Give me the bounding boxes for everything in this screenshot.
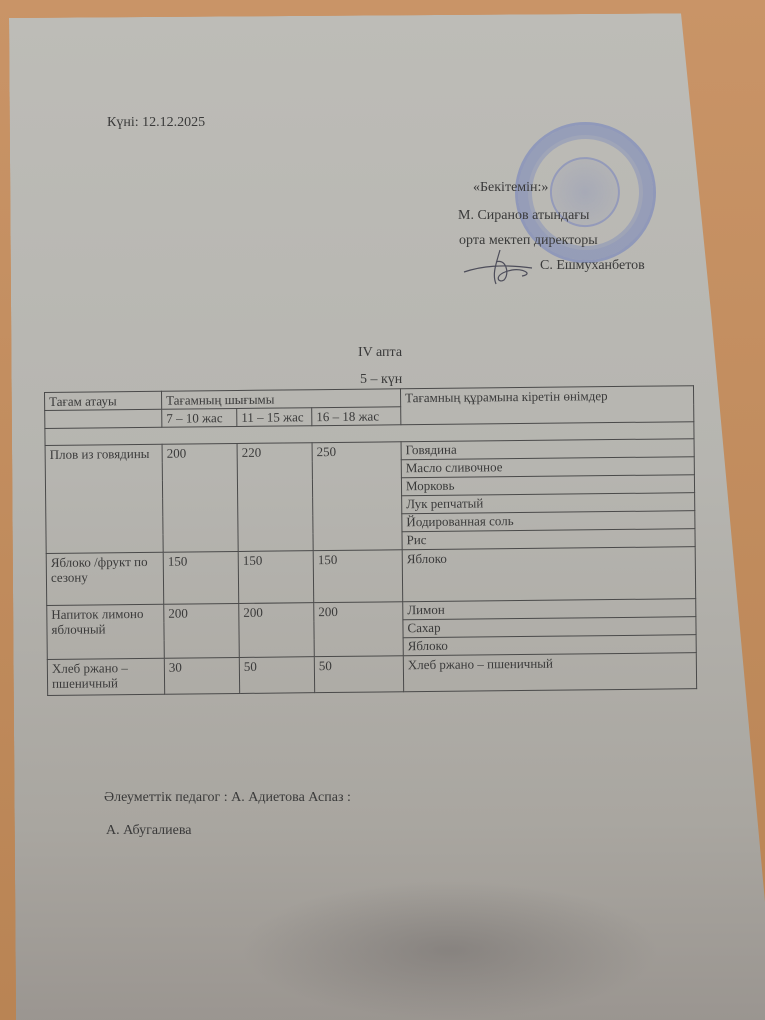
shadow — [240, 880, 660, 1020]
portion-16-18: 250 — [312, 442, 402, 551]
portion-7-10: 30 — [164, 657, 239, 694]
portion-16-18: 50 — [314, 656, 403, 693]
portion-7-10: 200 — [164, 603, 240, 658]
ingredient: Яблоко — [402, 547, 696, 602]
portion-7-10: 150 — [163, 551, 239, 604]
header-age-7-10: 7 – 10 жас — [162, 408, 237, 427]
header-ingredients: Тағамның құрамына кіретін өнімдер — [400, 386, 693, 425]
dish-name: Хлеб ржано – пшеничный — [47, 658, 164, 695]
signatories-line-1: Әлеуметтік педагог : А. Адиетова Аспаз : — [104, 790, 351, 806]
week-label: IV апта — [358, 345, 402, 361]
day-label: 5 – күн — [360, 372, 402, 388]
header-age-11-15: 11 – 15 жас — [237, 408, 312, 427]
portion-11-15: 150 — [238, 551, 314, 604]
portion-16-18: 150 — [313, 550, 403, 603]
approval-title: «Бекітемін:» — [473, 180, 548, 196]
header-empty-cell — [45, 409, 162, 428]
school-line: М. Сиранов атындағы — [458, 208, 589, 224]
header-dish-name: Тағам атауы — [45, 391, 162, 410]
portion-7-10: 200 — [162, 443, 238, 552]
portion-11-15: 200 — [239, 603, 315, 658]
document-date: Күні: 12.12.2025 — [107, 115, 205, 131]
menu-table: Тағам атауы Тағамның шығымы Тағамның құр… — [44, 385, 697, 696]
signature-icon — [462, 244, 542, 289]
portion-16-18: 200 — [314, 602, 404, 657]
signatories-line-2: А. Абугалиева — [106, 823, 192, 839]
table-row: Яблоко /фрукт по сезону 150 150 150 Ябло… — [46, 547, 696, 606]
director-name: С. Ешмуханбетов — [540, 258, 645, 274]
ingredient: Хлеб ржано – пшеничный — [403, 653, 696, 692]
dish-name: Напиток лимоно яблочный — [47, 604, 165, 659]
header-age-16-18: 16 – 18 жас — [312, 407, 401, 426]
portion-11-15: 220 — [237, 443, 313, 552]
dish-name: Плов из говядины — [45, 444, 163, 553]
portion-11-15: 50 — [239, 657, 314, 694]
table-row: Хлеб ржано – пшеничный 30 50 50 Хлеб ржа… — [47, 653, 696, 696]
dish-name: Яблоко /фрукт по сезону — [46, 552, 164, 605]
